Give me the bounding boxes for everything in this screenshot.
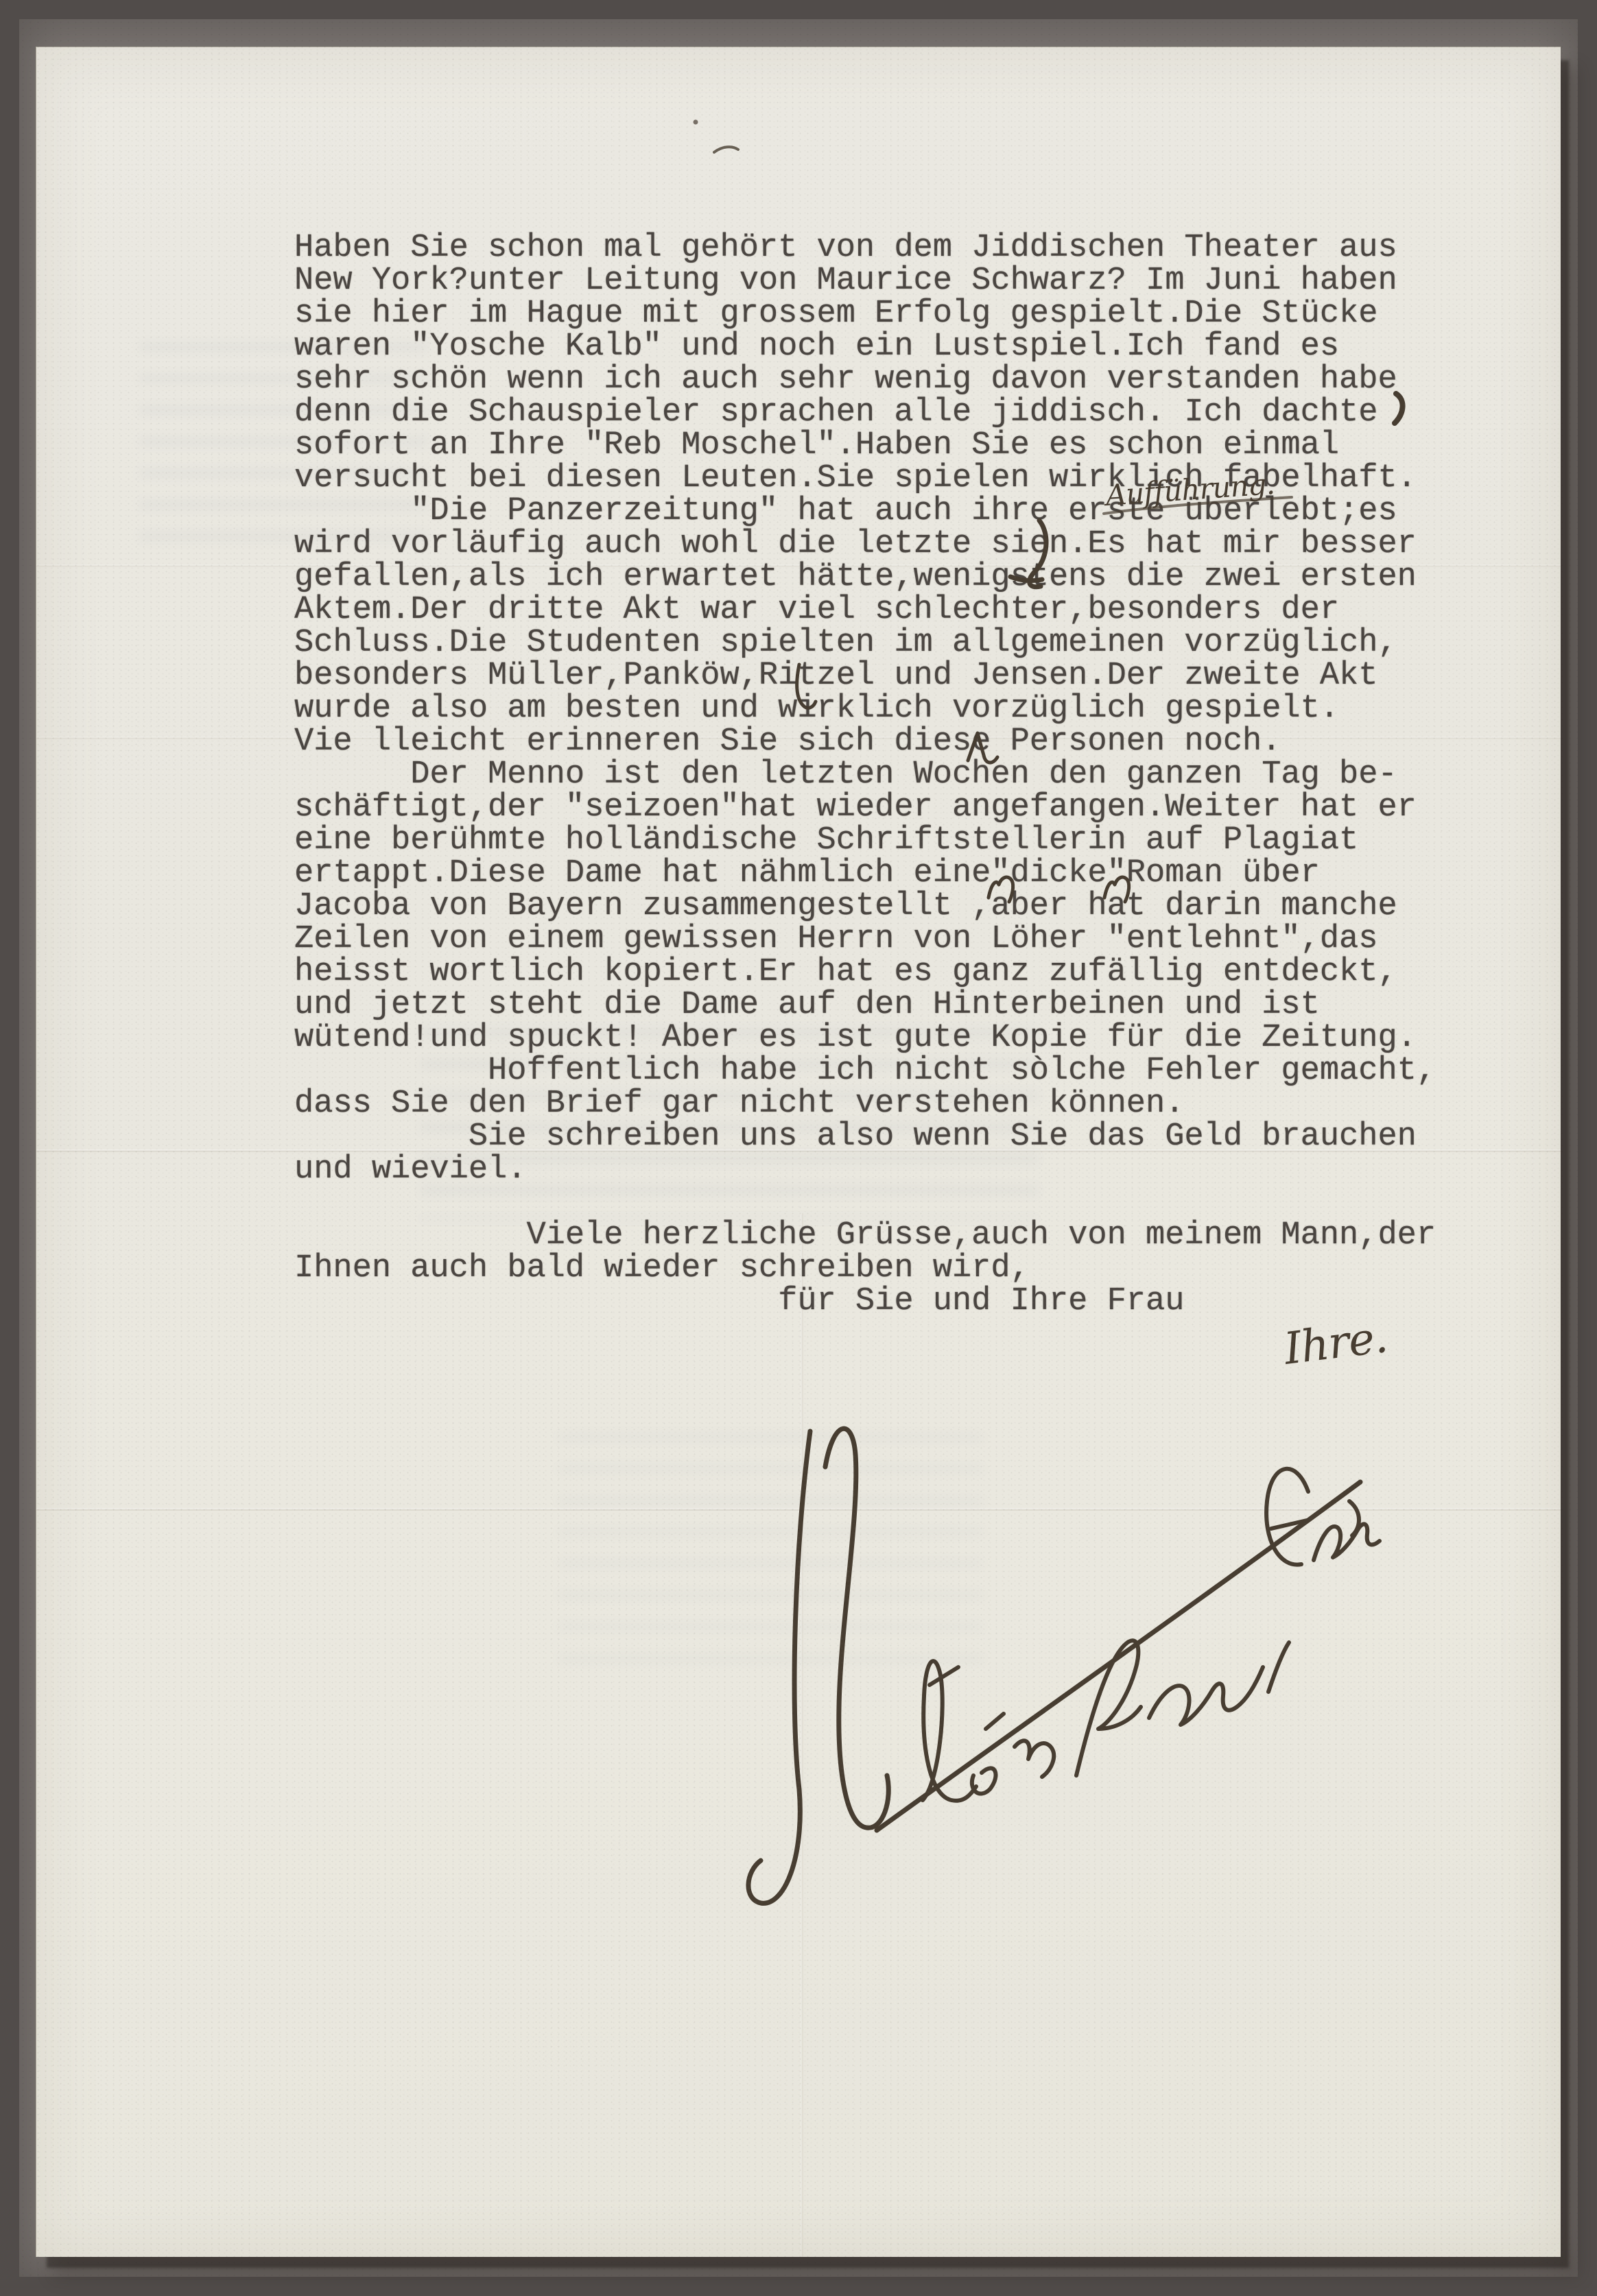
bleed-through-ghost bbox=[558, 1433, 983, 1679]
typed-line: wird vorläufig auch wohl die letzte sien… bbox=[294, 528, 1436, 561]
fold-crease-horizontal bbox=[36, 564, 1561, 567]
typed-line: dass Sie den Brief gar nicht verstehen k… bbox=[294, 1088, 1436, 1121]
ink-dash-mark bbox=[714, 147, 738, 152]
fold-crease-vertical bbox=[801, 1213, 803, 2257]
annotation-auffuehrung: Aufführung. bbox=[1102, 467, 1275, 512]
typed-line: besonders Müller,Panköw,Ritzel und Jense… bbox=[294, 660, 1436, 693]
bleed-through-ghost bbox=[421, 1028, 1038, 1220]
typed-line: Jacoba von Bayern zusammengestellt ,aber… bbox=[294, 890, 1436, 923]
scanned-letter-background: { "document": { "kind": "typewritten let… bbox=[0, 0, 1597, 2296]
signature-scrawl bbox=[748, 1428, 1380, 1903]
handwriting-layer: Aufführung. Ihre. bbox=[36, 47, 1561, 2257]
typed-line: waren "Yosche Kalb" und noch ein Lustspi… bbox=[294, 331, 1436, 363]
annotation-underline bbox=[1104, 497, 1292, 514]
typed-line: sofort an Ihre "Reb Moschel".Haben Sie e… bbox=[294, 429, 1436, 462]
typed-line: schäftigt,der "seizoen"hat wieder angefa… bbox=[294, 791, 1436, 824]
typed-line: Hoffentlich habe ich nicht sòlche Fehler… bbox=[294, 1055, 1436, 1088]
typed-line: gefallen,als ich erwartet hätte,wenigste… bbox=[294, 561, 1436, 594]
typed-line: wurde also am besten und wirklich vorzüg… bbox=[294, 693, 1436, 726]
correction-n-eine bbox=[989, 877, 1013, 902]
typed-line: Schluss.Die Studenten spielten im allgem… bbox=[294, 627, 1436, 660]
typed-line: für Sie und Ihre Frau bbox=[294, 1285, 1436, 1318]
fold-crease-horizontal bbox=[36, 737, 1561, 739]
typed-line: eine berühmte holländische Schriftstelle… bbox=[294, 824, 1436, 857]
fold-crease-horizontal bbox=[36, 1508, 1561, 1511]
typed-line: heisst wortlich kopiert.Er hat es ganz z… bbox=[294, 956, 1436, 989]
typed-line: Haben Sie schon mal gehört von dem Jiddi… bbox=[294, 232, 1436, 265]
correction-caret-n-diese bbox=[968, 733, 997, 763]
typed-line: "Die Panzerzeitung" hat auch ihre erste … bbox=[294, 495, 1436, 528]
typed-line: Aktem.Der dritte Akt war viel schlechter… bbox=[294, 594, 1436, 627]
typed-line: und jetzt steht die Dame auf den Hinterb… bbox=[294, 989, 1436, 1022]
signature-underline bbox=[877, 1482, 1360, 1830]
scan-vignette bbox=[36, 47, 1561, 2257]
typed-text: Haben Sie schon mal gehört von dem Jiddi… bbox=[294, 232, 1436, 1318]
typed-line: Viele herzliche Grüsse,auch von meinem M… bbox=[294, 1219, 1436, 1252]
typed-line bbox=[294, 1186, 1436, 1219]
typed-line: denn die Schauspieler sprachen alle jidd… bbox=[294, 396, 1436, 429]
typed-line: Vie lleicht erinneren Sie sich diese Per… bbox=[294, 726, 1436, 758]
typed-line: Der Menno ist den letzten Wochen den gan… bbox=[294, 758, 1436, 791]
closing-ihre-handwritten: Ihre. bbox=[1281, 1312, 1390, 1375]
typed-line: ertappt.Diese Dame hat nähmlich eine"dic… bbox=[294, 857, 1436, 890]
correction-n-dicke bbox=[1104, 877, 1129, 902]
handwritten-comma-habe bbox=[1395, 394, 1403, 423]
typed-line: und wieviel. bbox=[294, 1153, 1436, 1186]
scanner-mat: Haben Sie schon mal gehört von dem Jiddi… bbox=[19, 19, 1578, 2277]
typed-line: Sie schreiben uns also wenn Sie das Geld… bbox=[294, 1121, 1436, 1153]
fold-crease-horizontal bbox=[36, 1149, 1561, 1152]
correction-t-ritzel bbox=[797, 665, 816, 708]
typed-line: Ihnen auch bald wieder schreiben wird, bbox=[294, 1252, 1436, 1285]
correction-long-s-sien bbox=[1010, 521, 1046, 587]
typed-line: wütend!und spuckt! Aber es ist gute Kopi… bbox=[294, 1022, 1436, 1055]
bleed-through-ghost bbox=[139, 342, 427, 548]
typed-line: Zeilen von einem gewissen Herrn von Löhe… bbox=[294, 923, 1436, 956]
typed-line: versucht bei diesen Leuten.Sie spielen w… bbox=[294, 462, 1436, 495]
typed-line: sie hier im Hague mit grossem Erfolg ges… bbox=[294, 298, 1436, 331]
ink-speck bbox=[694, 120, 698, 125]
letter-page: Haben Sie schon mal gehört von dem Jiddi… bbox=[36, 47, 1561, 2257]
typed-line: sehr schön wenn ich auch sehr wenig davo… bbox=[294, 363, 1436, 396]
typed-line: New York?unter Leitung von Maurice Schwa… bbox=[294, 265, 1436, 298]
